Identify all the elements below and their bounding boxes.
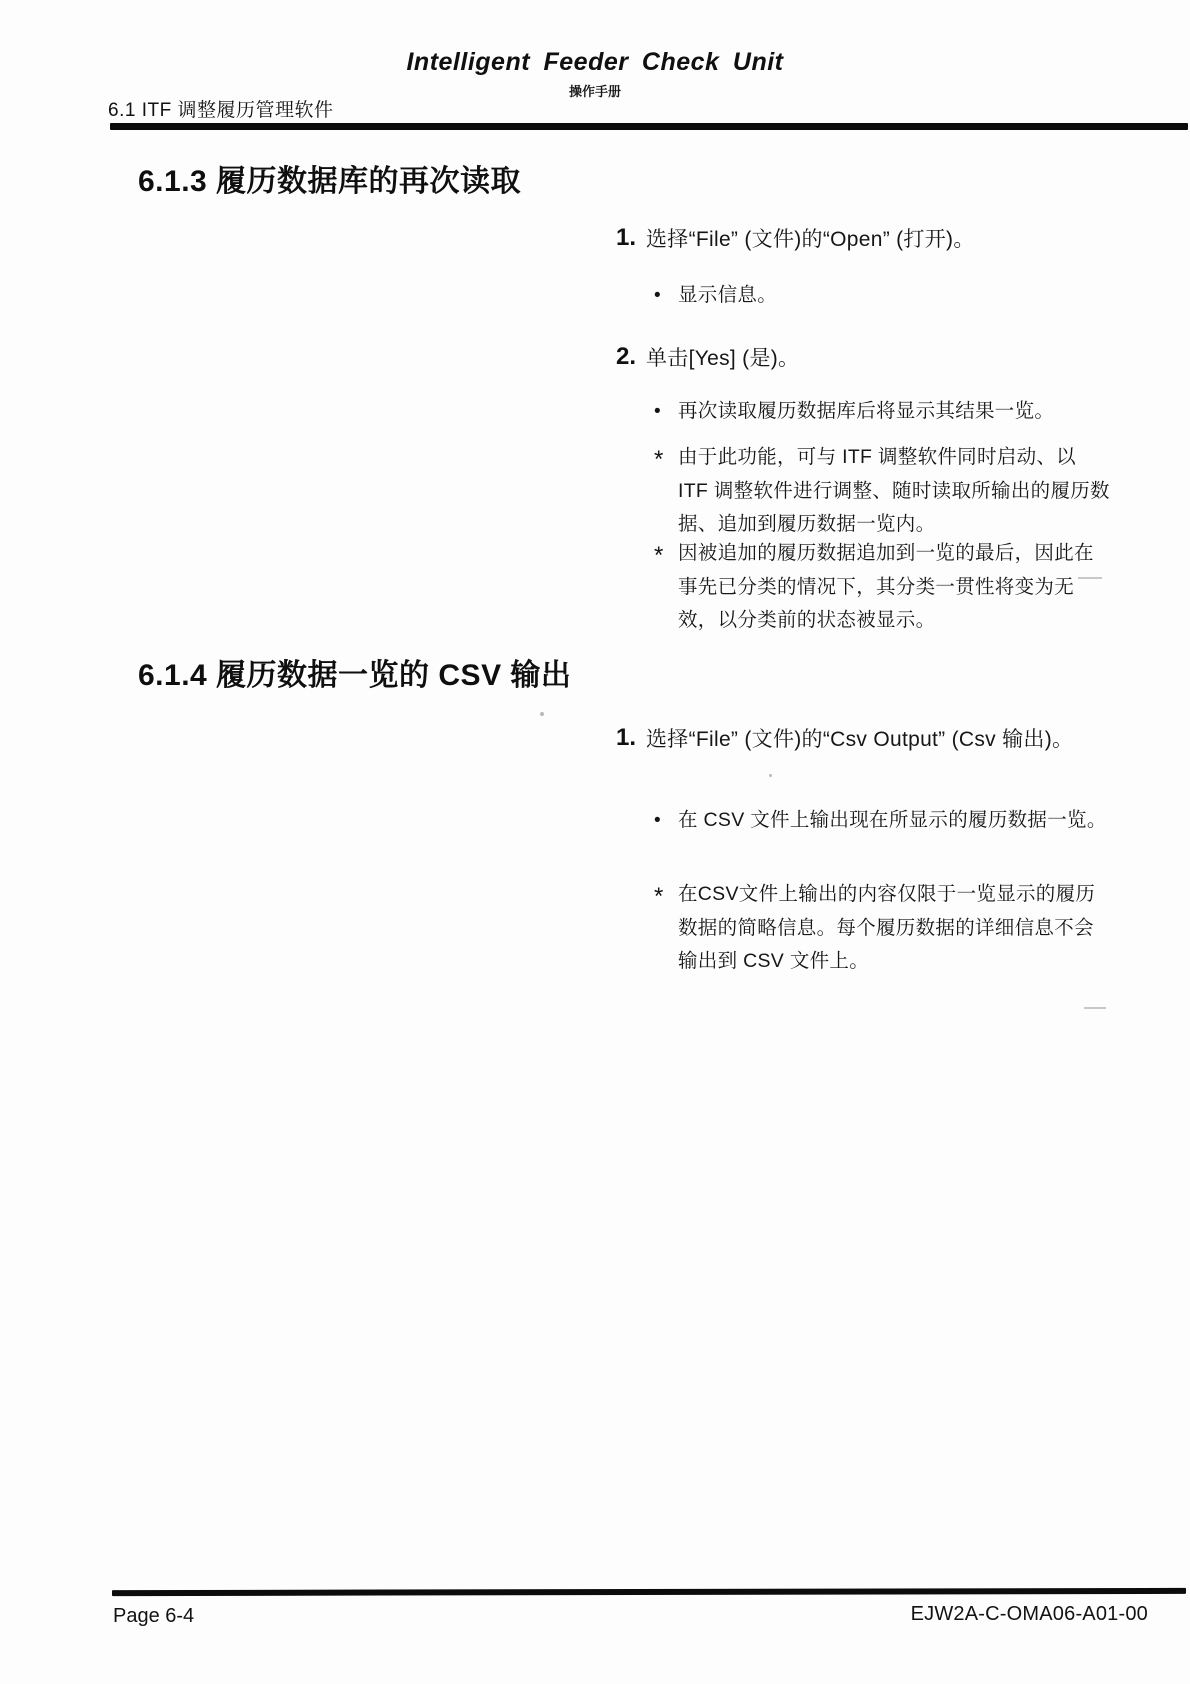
bullet-note: • 显示信息。 bbox=[654, 279, 1110, 313]
step-text: 选择“File” (文件)的“Open” (打开)。 bbox=[646, 222, 1098, 257]
bullet-note: • 再次读取履历数据库后将显示其结果一览。 bbox=[654, 395, 1110, 429]
step-text: 选择“File” (文件)的“Csv Output” (Csv 输出)。 bbox=[646, 722, 1098, 757]
header-rule bbox=[110, 123, 1188, 130]
scan-artifact-dot bbox=[540, 712, 544, 716]
note-text: 由于此功能，可与 ITF 调整软件同时启动、以 ITF 调整软件进行调整、随时读… bbox=[678, 441, 1110, 542]
step-item: 1. 选择“File” (文件)的“Csv Output” (Csv 输出)。 bbox=[616, 722, 1098, 757]
note-text: 在CSV文件上输出的内容仅限于一览显示的履历数据的简略信息。每个履历数据的详细信… bbox=[678, 878, 1110, 979]
asterisk-icon: * bbox=[654, 878, 678, 915]
section-heading-6-1-4: 6.1.4 履历数据一览的 CSV 输出 bbox=[138, 650, 571, 694]
bullet-icon: • bbox=[654, 279, 678, 312]
note-text: 显示信息。 bbox=[678, 279, 1110, 313]
asterisk-note: * 在CSV文件上输出的内容仅限于一览显示的履历数据的简略信息。每个履历数据的详… bbox=[654, 878, 1110, 979]
scan-artifact-dot bbox=[769, 774, 772, 777]
step-item: 1. 选择“File” (文件)的“Open” (打开)。 bbox=[616, 222, 1098, 257]
scan-artifact-dash bbox=[1078, 577, 1102, 579]
asterisk-note: * 由于此功能，可与 ITF 调整软件同时启动、以 ITF 调整软件进行调整、随… bbox=[654, 441, 1110, 542]
step-number: 2. bbox=[616, 341, 646, 373]
document-title: Intelligent Feeder Check Unit bbox=[0, 48, 1190, 77]
asterisk-icon: * bbox=[654, 537, 678, 574]
note-text: 因被追加的履历数据追加到一览的最后，因此在事先已分类的情况下，其分类一贯性将变为… bbox=[678, 537, 1110, 638]
running-header-section-label: 6.1 ITF 调整履历管理软件 bbox=[108, 95, 333, 122]
asterisk-note: * 因被追加的履历数据追加到一览的最后，因此在事先已分类的情况下，其分类一贯性将… bbox=[654, 537, 1110, 638]
bullet-icon: • bbox=[654, 804, 678, 837]
asterisk-icon: * bbox=[654, 441, 678, 478]
step-item: 2. 单击[Yes] (是)。 bbox=[616, 341, 1098, 376]
bullet-icon: • bbox=[654, 395, 678, 428]
scan-artifact-dash bbox=[1084, 1007, 1106, 1009]
step-number: 1. bbox=[616, 722, 646, 754]
bullet-note: • 在 CSV 文件上输出现在所显示的履历数据一览。 bbox=[654, 804, 1110, 838]
footer-rule bbox=[112, 1588, 1186, 1596]
section-heading-6-1-3: 6.1.3 履历数据库的再次读取 bbox=[138, 156, 521, 200]
note-text: 在 CSV 文件上输出现在所显示的履历数据一览。 bbox=[678, 804, 1110, 838]
note-text: 再次读取履历数据库后将显示其结果一览。 bbox=[678, 395, 1110, 429]
step-number: 1. bbox=[616, 222, 646, 254]
footer-document-code: EJW2A-C-OMA06-A01-00 bbox=[911, 1603, 1148, 1626]
footer-page-number: Page 6-4 bbox=[113, 1605, 194, 1628]
manual-page: Intelligent Feeder Check Unit 操作手册 6.1 I… bbox=[0, 0, 1190, 1684]
step-text: 单击[Yes] (是)。 bbox=[646, 341, 1098, 376]
